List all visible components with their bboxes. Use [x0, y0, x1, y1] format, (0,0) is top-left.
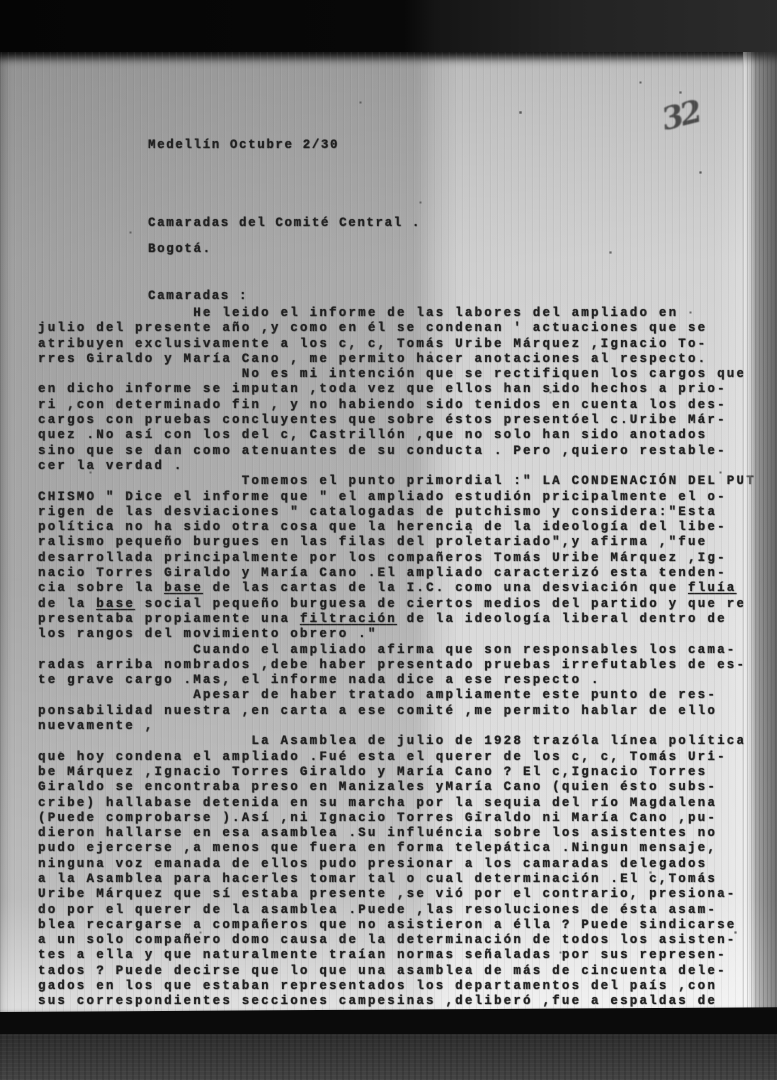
text-line: rigen de las desviaciones " catalogadas … — [38, 505, 756, 520]
text-line: a la Asamblea para hacerles tomar tal o … — [38, 872, 756, 887]
text-line: te grave cargo .Mas, el informe nada dic… — [38, 673, 756, 688]
text-line: atribuyen exclusivamente a los c, c, Tom… — [38, 337, 756, 352]
text-line: en dicho informe se imputan ,toda vez qu… — [38, 382, 756, 397]
text-line: los rangos del movimiento obrero ." — [38, 627, 756, 642]
addressee-city: Bogotá. — [148, 242, 212, 256]
document-page: 32 Medellín Octubre 2/30 Camaradas del C… — [0, 52, 777, 1013]
text-line: Uribe Márquez que sí estaba presente ,se… — [38, 887, 756, 902]
scan-speckles — [0, 52, 1, 53]
text-line: Cuando el ampliado afirma que son respon… — [38, 643, 756, 658]
text-line: do por el querer de la asamblea .Puede ,… — [38, 903, 756, 918]
text-line: julio del presente año ,y como en él se … — [38, 321, 756, 336]
text-line: pudo ejercerse ,a menos que fuera en for… — [38, 841, 756, 856]
text-line: cia sobre la base de las cartas de la I.… — [38, 581, 756, 596]
text-line: sino que se dan como atenuantes de su co… — [38, 444, 756, 459]
text-line: gados en los que estaban representados l… — [38, 979, 756, 994]
text-line: desarrollada principalmente por los comp… — [38, 551, 756, 566]
text-line: a un solo compañero domo causa de la det… — [38, 933, 756, 948]
text-line: Giraldo se encontraba preso en Manizales… — [38, 780, 756, 795]
text-line: que hoy condena el ampliado .Fué esta el… — [38, 750, 756, 765]
text-line: be Márquez ,Ignacio Torres Giraldo y Mar… — [38, 765, 756, 780]
text-line: cargos con pruebas concluyentes que sobr… — [38, 413, 756, 428]
text-line: tes a ella y que naturalmente traían nor… — [38, 948, 756, 963]
text-line: ponsabilidad nuestra ,en carta a ese com… — [38, 704, 756, 719]
text-line: ri ,con determinado fin , y no habiendo … — [38, 398, 756, 413]
text-line: He leido el informe de las labores del a… — [38, 306, 756, 321]
text-line: ninguna voz emanada de ellos pudo presio… — [38, 857, 756, 872]
text-line: tados ? Puede decirse que lo que una asa… — [38, 964, 756, 979]
text-line: rres Giraldo y María Cano , me permito h… — [38, 352, 756, 367]
scan-background-top — [0, 0, 777, 52]
addressee-line: Camaradas del Comité Central . — [148, 216, 421, 230]
text-line: cribe) hallabase detenida en su marcha p… — [38, 796, 756, 811]
text-line: dieron hallarse en esa asamblea .Su infl… — [38, 826, 756, 841]
letter-body: He leido el informe de las labores del a… — [38, 306, 756, 1010]
handwritten-page-number: 32 — [658, 94, 703, 138]
text-line: No es mi intención que se rectifiquen lo… — [38, 367, 756, 382]
text-line: ralismo pequeño burgues en las filas del… — [38, 535, 756, 550]
text-line: La Asamblea de julio de 1928 trazóla lín… — [38, 734, 756, 749]
text-line: de la base social pequeño burguesa de ci… — [38, 597, 756, 612]
text-line: quez .No así con los del c, Castrillón ,… — [38, 428, 756, 443]
text-line: Tomemos el punto primordial :" LA CONDEN… — [38, 474, 756, 489]
scan-background-bottom — [0, 1034, 777, 1080]
text-line: Apesar de haber tratado ampliamente este… — [38, 688, 756, 703]
date-line: Medellín Octubre 2/30 — [148, 138, 339, 152]
text-line: presentaba propiamente una filtración de… — [38, 612, 756, 627]
salutation: Camaradas : — [148, 289, 248, 303]
text-line: radas arriba nombrados ,debe haber prese… — [38, 658, 756, 673]
text-line: nacio Torres Giraldo y María Cano .El am… — [38, 566, 756, 581]
scanned-document: 32 Medellín Octubre 2/30 Camaradas del C… — [0, 0, 777, 1080]
text-line: cer la verdad . — [38, 459, 756, 474]
text-line: política no ha sido otra cosa que la her… — [38, 520, 756, 535]
text-line: CHISMO " Dice el informe que " el amplia… — [38, 490, 756, 505]
text-line: blea recargarse a compañeros que no asis… — [38, 918, 756, 933]
text-line: nuevamente , — [38, 719, 756, 734]
text-line: (Puede comprobarse ).Así ,ni Ignacio Tor… — [38, 811, 756, 826]
